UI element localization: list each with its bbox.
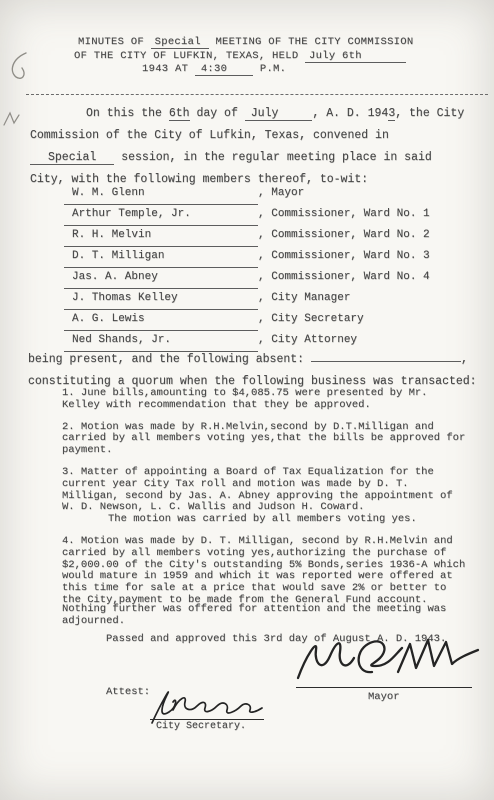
mayor-signature bbox=[292, 628, 484, 686]
meeting-time-blank: 4:30 bbox=[195, 63, 253, 76]
member-title: Mayor bbox=[271, 187, 304, 199]
minutes-item-3: 3. Matter of appointing a Board of Tax E… bbox=[62, 467, 470, 526]
member-title: City Manager bbox=[271, 292, 350, 304]
opening-mid2: , A. D. 194 bbox=[312, 107, 388, 120]
member-sep: , bbox=[258, 271, 265, 283]
mayor-signature-line bbox=[296, 687, 472, 688]
member-title: City Secretary bbox=[271, 313, 363, 325]
member-row: A. G. Lewis, City Secretary bbox=[64, 309, 430, 330]
item-text: Matter of appointing a Board of Tax Equa… bbox=[62, 466, 453, 513]
opening-paragraph: On this the 6th day of July, A. D. 1943,… bbox=[30, 103, 468, 191]
member-sep: , bbox=[258, 334, 265, 346]
member-sep: , bbox=[258, 229, 265, 241]
header-pm: P.M. bbox=[260, 63, 286, 75]
scan-artifact-mark bbox=[2, 110, 22, 130]
item-number: 3. bbox=[62, 466, 75, 478]
document-header: MINUTES OF Special MEETING OF THE CITY C… bbox=[78, 36, 413, 77]
item-number: 4. bbox=[62, 535, 75, 547]
header-city-line: OF THE CITY OF LUFKIN, TEXAS, HELD bbox=[74, 50, 298, 62]
meeting-type-blank: Special bbox=[151, 36, 209, 49]
member-title: Commissioner, Ward No. 3 bbox=[271, 250, 429, 262]
dashed-separator bbox=[26, 94, 488, 95]
minutes-item-4: 4. Motion was made by D. T. Milligan, se… bbox=[62, 536, 470, 607]
member-name: Arthur Temple, Jr. bbox=[64, 204, 258, 226]
member-row: Jas. A. Abney, Commissioner, Ward No. 4 bbox=[64, 267, 430, 288]
member-sep: , bbox=[258, 187, 265, 199]
scanned-minutes-page: MINUTES OF Special MEETING OF THE CITY C… bbox=[0, 0, 494, 800]
member-title: Commissioner, Ward No. 2 bbox=[271, 229, 429, 241]
header-year-at: 1943 AT bbox=[142, 63, 188, 75]
member-name: R. H. Melvin bbox=[64, 225, 258, 247]
member-sep: , bbox=[258, 250, 265, 262]
header-line-1: MINUTES OF Special MEETING OF THE CITY C… bbox=[78, 36, 413, 50]
item-number: 2. bbox=[62, 421, 75, 433]
members-list: W. M. Glenn, Mayor Arthur Temple, Jr., C… bbox=[64, 183, 430, 351]
member-row: D. T. Milligan, Commissioner, Ward No. 3 bbox=[64, 246, 430, 267]
member-row: Arthur Temple, Jr., Commissioner, Ward N… bbox=[64, 204, 430, 225]
opening-mid1: day of bbox=[196, 107, 237, 120]
item-text: Motion was made by D. T. Milligan, secon… bbox=[62, 535, 465, 606]
session-blank: Special bbox=[30, 151, 114, 165]
item-number: 1. bbox=[62, 387, 75, 399]
attest-label: Attest: bbox=[106, 686, 150, 698]
member-sep: , bbox=[258, 313, 265, 325]
member-name: W. M. Glenn bbox=[64, 183, 258, 205]
month-blank: July bbox=[245, 107, 313, 121]
secretary-signature-line bbox=[150, 719, 264, 720]
member-name: A. G. Lewis bbox=[64, 309, 258, 331]
member-sep: , bbox=[258, 208, 265, 220]
member-row: R. H. Melvin, Commissioner, Ward No. 2 bbox=[64, 225, 430, 246]
item-extra-line: The motion was carried by all members vo… bbox=[62, 514, 470, 526]
member-title: Commissioner, Ward No. 4 bbox=[271, 271, 429, 283]
day-blank: 6th bbox=[169, 107, 190, 121]
minutes-item-2: 2. Motion was made by R.H.Melvin,second … bbox=[62, 422, 470, 457]
member-name: D. T. Milligan bbox=[64, 246, 258, 268]
header-title-prefix: MINUTES OF bbox=[78, 36, 144, 48]
header-line-3: 1943 AT 4:30 P.M. bbox=[142, 63, 413, 77]
member-row: Ned Shands, Jr., City Attorney bbox=[64, 330, 430, 351]
quorum-comma: , bbox=[461, 353, 468, 366]
item-text: June bills,amounting to $4,085.75 were p… bbox=[62, 387, 427, 411]
member-row: W. M. Glenn, Mayor bbox=[64, 183, 430, 204]
opening-lead: On this the bbox=[86, 107, 162, 120]
minutes-item-1: 1. June bills,amounting to $4,085.75 wer… bbox=[62, 388, 470, 412]
secretary-label: City Secretary. bbox=[156, 721, 246, 732]
member-title: City Attorney bbox=[271, 334, 357, 346]
mayor-label: Mayor bbox=[368, 691, 400, 703]
meeting-date-blank: July 6th bbox=[305, 50, 406, 63]
closing-paragraph: Nothing further was offered for attentio… bbox=[62, 604, 470, 628]
member-title: Commissioner, Ward No. 1 bbox=[271, 208, 429, 220]
header-line-2: OF THE CITY OF LUFKIN, TEXAS, HELD July … bbox=[74, 50, 413, 64]
member-sep: , bbox=[258, 292, 265, 304]
member-row: J. Thomas Kelley, City Manager bbox=[64, 288, 430, 309]
quorum-part1: being present, and the following absent: bbox=[28, 353, 304, 366]
member-name: J. Thomas Kelley bbox=[64, 288, 258, 310]
scan-artifact-curl bbox=[6, 50, 32, 88]
absent-blank bbox=[311, 349, 461, 362]
business-items: 1. June bills,amounting to $4,085.75 wer… bbox=[62, 388, 470, 617]
header-title-rest: MEETING OF THE CITY COMMISSION bbox=[215, 36, 413, 48]
member-name: Jas. A. Abney bbox=[64, 267, 258, 289]
item-text: Motion was made by R.H.Melvin,second by … bbox=[62, 421, 465, 457]
